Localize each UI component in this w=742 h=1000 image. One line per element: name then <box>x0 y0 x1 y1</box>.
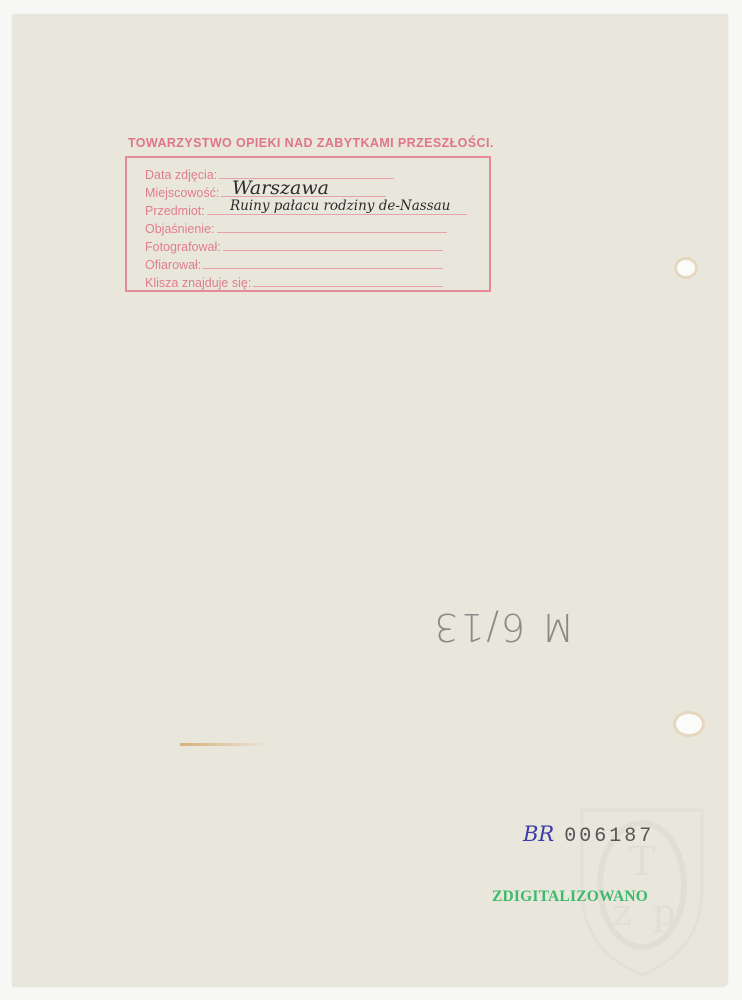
paper-stain <box>180 743 270 746</box>
pencil-note: M 6/13 <box>432 605 574 649</box>
field-label: Miejscowość: <box>145 186 219 200</box>
field-negative-location: Klisza znajduje się: <box>145 276 443 290</box>
inventory-number: BR 006187 <box>523 822 654 848</box>
punch-hole-top <box>677 260 695 276</box>
handwritten-place: Warszawa <box>232 177 329 199</box>
field-label: Fotografował: <box>145 240 221 254</box>
field-explanation: Objaśnienie: <box>145 222 447 236</box>
field-label: Klisza znajduje się: <box>145 276 251 290</box>
inventory-prefix: BR <box>523 822 554 846</box>
field-photographer: Fotografował: <box>145 240 443 254</box>
inventory-value: 006187 <box>564 825 654 848</box>
field-label: Przedmiot: <box>145 204 205 218</box>
punch-hole-bottom <box>676 714 702 734</box>
digitized-stamp: ZDIGITALIZOWANO <box>492 888 648 906</box>
field-donor: Ofiarował: <box>145 258 443 272</box>
svg-text:p: p <box>652 893 675 934</box>
field-label: Ofiarował: <box>145 258 201 272</box>
stamp-title: TOWARZYSTWO OPIEKI NAD ZABYTKAMI PRZESZŁ… <box>128 136 498 150</box>
field-label: Data zdjęcia: <box>145 168 217 182</box>
handwritten-subject: Ruiny pałacu rodziny de-Nassau <box>230 198 450 214</box>
field-label: Objaśnienie: <box>145 222 215 236</box>
